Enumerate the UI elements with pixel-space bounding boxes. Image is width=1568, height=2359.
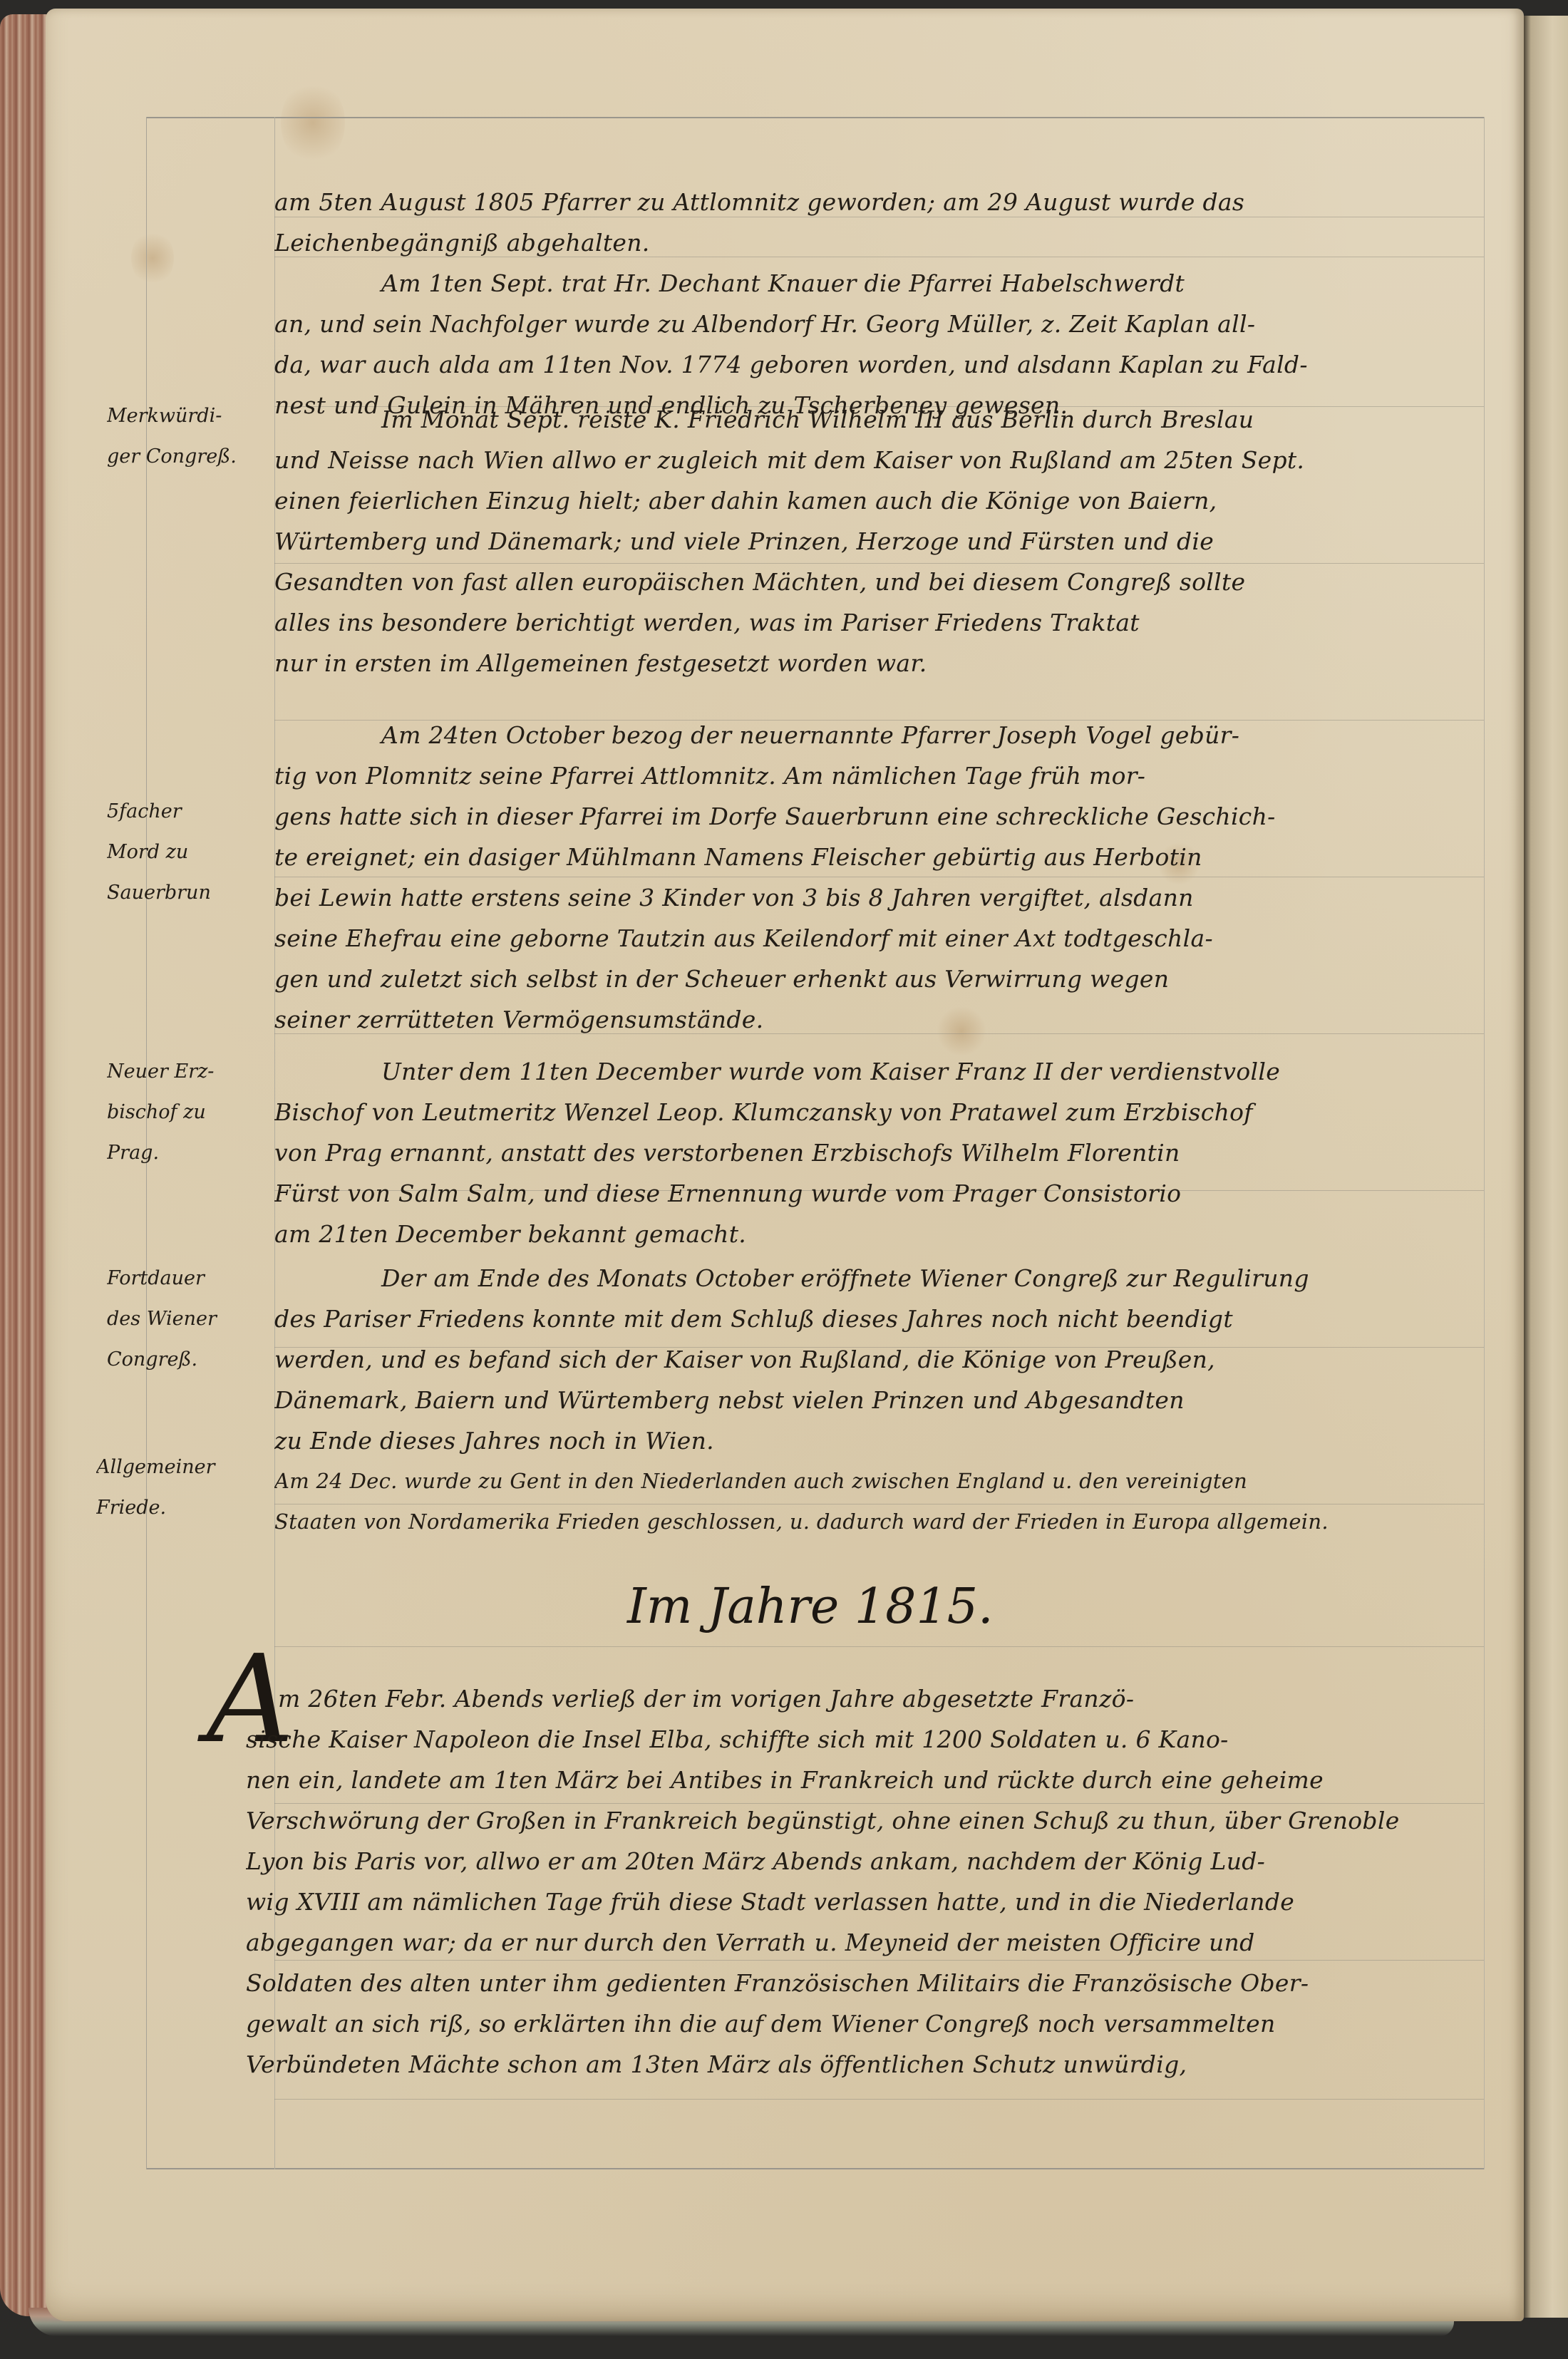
text-line: Soldaten des alten unter ihm gedienten F… (246, 1963, 1482, 2003)
text-line: bei Lewin hatte erstens seine 3 Kinder v… (274, 877, 1482, 918)
ruled-line (274, 2099, 1484, 2100)
text-line: gen und zuletzt sich selbst in der Scheu… (274, 959, 1482, 999)
text-line: zu Ende dieses Jahres noch in Wien. (274, 1420, 1482, 1461)
text-line: seine Ehefrau eine geborne Tautzin aus K… (274, 918, 1482, 959)
frame-top-rule (146, 117, 1485, 118)
text-line: des Pariser Friedens konnte mit dem Schl… (274, 1299, 1482, 1339)
margin-note-merkwuerdiger-congress-1: Merkwürdi- (107, 396, 271, 436)
text-line: Bischof von Leutmeritz Wenzel Leop. Klum… (274, 1092, 1482, 1132)
text-line: Würtemberg und Dänemark; und viele Prinz… (274, 521, 1482, 562)
margin-note-erzbischof-3: Prag. (107, 1132, 271, 1173)
text-column-right-rule (1484, 117, 1485, 2169)
margin-note-erzbischof-1: Neuer Erz- (107, 1051, 271, 1092)
text-line: Am 1ten Sept. trat Hr. Dechant Knauer di… (274, 263, 1482, 304)
text-line: sische Kaiser Napoleon die Insel Elba, s… (246, 1719, 1482, 1760)
text-line: nur in ersten im Allgemeinen festgesetzt… (274, 643, 1482, 683)
margin-note-fortdauer-2: des Wiener (107, 1299, 271, 1339)
frame-bottom-rule (146, 2168, 1485, 2169)
margin-note-mord-1: 5facher (107, 791, 271, 832)
text-line: gens hatte sich in dieser Pfarrei im Dor… (274, 796, 1482, 837)
text-line: Gesandten von fast allen europäischen Mä… (274, 562, 1482, 602)
ruled-line (274, 1646, 1484, 1647)
text-line: von Prag ernannt, anstatt des verstorben… (274, 1132, 1482, 1173)
text-line: Verschwörung der Großen in Frankreich be… (246, 1800, 1482, 1841)
text-line: Dänemark, Baiern und Würtemberg nebst vi… (274, 1380, 1482, 1420)
margin-note-friede-1: Allgemeiner (96, 1447, 260, 1487)
text-line: Der am Ende des Monats October eröffnete… (274, 1258, 1482, 1299)
text-line: seiner zerrütteten Vermögensumstände. (274, 999, 1482, 1040)
text-line: Lyon bis Paris vor, allwo er am 20ten Mä… (246, 1841, 1482, 1881)
text-line: alles ins besondere berichtigt werden, w… (274, 602, 1482, 643)
margin-note-merkwuerdiger-congress-2: ger Congreß. (107, 436, 271, 477)
text-line: Verbündeten Mächte schon am 13ten März a… (246, 2044, 1482, 2085)
text-line: nen ein, landete am 1ten März bei Antibe… (246, 1760, 1482, 1800)
margin-note-mord-2: Mord zu (107, 832, 271, 872)
text-line: am 5ten August 1805 Pfarrer zu Attlomnit… (274, 182, 1482, 222)
text-line: gewalt an sich riß, so erklärten ihn die… (246, 2003, 1482, 2044)
text-line: an, und sein Nachfolger wurde zu Albendo… (274, 304, 1482, 344)
text-line: tig von Plomnitz seine Pfarrei Attlomnit… (274, 755, 1482, 796)
text-line: Im Monat Sept. reiste K. Friedrich Wilhe… (274, 399, 1482, 440)
text-line: Am 24ten October bezog der neuernannte P… (274, 715, 1482, 755)
text-line: einen feierlichen Einzug hielt; aber dah… (274, 480, 1482, 521)
text-line: da, war auch alda am 11ten Nov. 1774 geb… (274, 344, 1482, 385)
margin-note-fortdauer-1: Fortdauer (107, 1258, 271, 1299)
margin-note-mord-3: Sauerbrun (107, 872, 271, 913)
text-line: werden, und es befand sich der Kaiser vo… (274, 1339, 1482, 1380)
text-line: wig XVIII am nämlichen Tage früh diese S… (246, 1881, 1482, 1922)
text-line: Am 24 Dec. wurde zu Gent in den Niederla… (274, 1461, 1482, 1502)
adjacent-page-sliver (1524, 16, 1568, 2318)
text-line: und Neisse nach Wien allwo er zugleich m… (274, 440, 1482, 480)
text-line: m 26ten Febr. Abends verließ der im vori… (278, 1678, 1482, 1719)
text-line: Fürst von Salm Salm, und diese Ernennung… (274, 1173, 1482, 1214)
text-line: am 21ten December bekannt gemacht. (274, 1214, 1482, 1254)
paper-stain (281, 80, 345, 165)
text-line: Unter dem 11ten December wurde vom Kaise… (274, 1051, 1482, 1092)
margin-note-erzbischof-2: bischof zu (107, 1092, 271, 1132)
margin-note-friede-2: Friede. (96, 1487, 260, 1528)
text-line: Staaten von Nordamerika Frieden geschlos… (274, 1502, 1482, 1542)
text-line: te ereignet; ein dasiger Mühlmann Namens… (274, 837, 1482, 877)
text-line: Leichenbegängniß abgehalten. (274, 222, 1482, 263)
paper-stain (131, 229, 174, 287)
text-line: abgegangen war; da er nur durch den Verr… (246, 1922, 1482, 1963)
book-page-edges (0, 14, 48, 2316)
section-heading-year-1815: Im Jahre 1815. (627, 1571, 1055, 1643)
margin-note-fortdauer-3: Congreß. (107, 1339, 271, 1380)
